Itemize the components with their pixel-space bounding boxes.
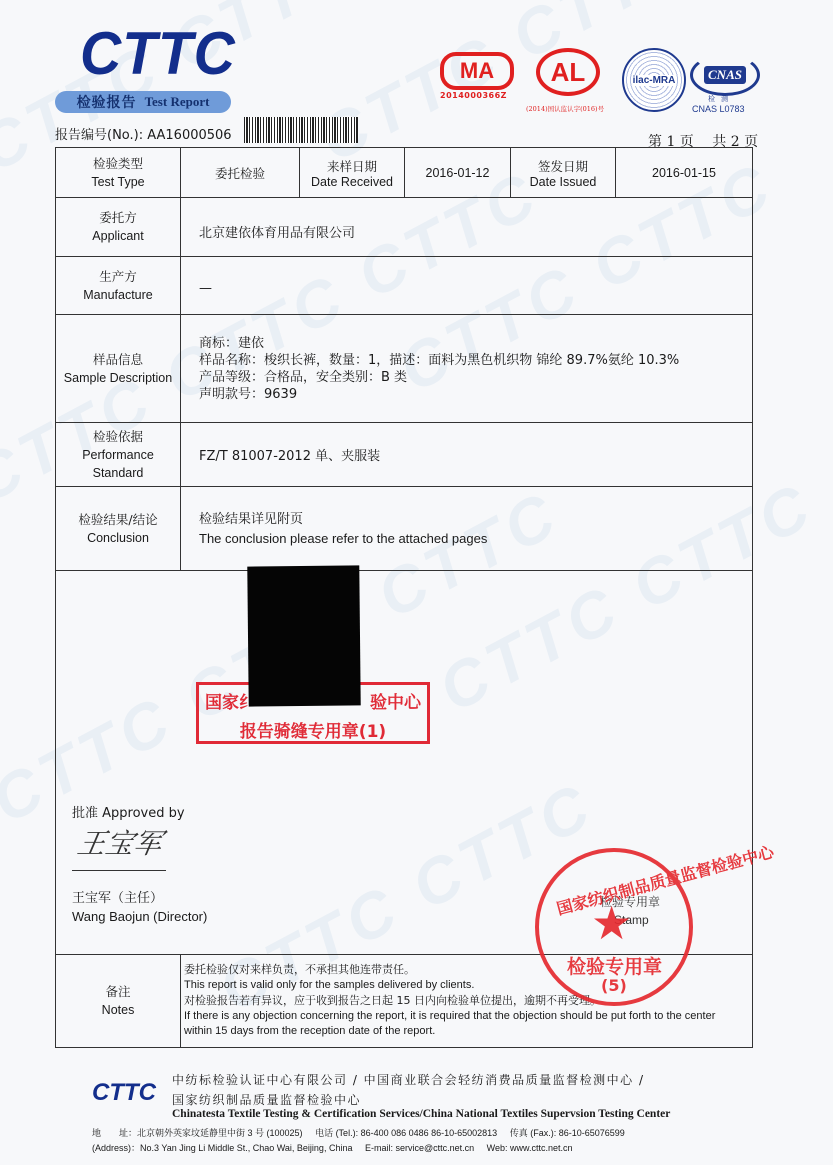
footer-organization: 中纺标检验认证中心有限公司 / 中国商业联合会轻纺消费品质量监督检测中心 / 国… [172,1070,645,1110]
signature-line [72,870,166,871]
notes-label: 备注 Notes [56,955,181,1048]
cma-mark: MA [440,52,514,90]
report-number-value: AA16000506 [147,128,231,143]
applicant-row: 委托方 Applicant 北京建依体育用品有限公司 [56,198,753,257]
sample-style-no: 声明款号：9639 [199,386,752,403]
test-type-value: 委托检验 [181,148,300,198]
cnas-cn-label: 检测 [708,94,734,104]
cal-code: (2014)国认监认字(016)号 [526,104,604,113]
approver-name-cn: 王宝军（主任） [72,890,207,908]
ilac-mra-mark: ilac-MRA [622,48,686,112]
report-title-badge: 检验报告 Test Report [55,91,231,113]
test-info-row: 检验类型 Test Type 委托检验 来样日期 Date Received 2… [56,148,753,198]
redaction-block [247,565,360,706]
note-line: within 15 days from the reception date o… [184,1024,752,1040]
conclusion-value: 检验结果详见附页 The conclusion please refer to … [181,487,753,571]
manufacture-label: 生产方 Manufacture [56,257,181,315]
web-link[interactable]: Web: www.cttc.net.cn [487,1143,573,1153]
cnas-code: CNAS L0783 [692,104,745,114]
applicant-label: 委托方 Applicant [56,198,181,257]
date-issued-value: 2016-01-15 [616,148,753,198]
report-number: 报告编号(No.): AA16000506 [55,124,232,143]
applicant-value: 北京建依体育用品有限公司 [181,198,753,257]
telephone: 电话 (Tel.): 86-400 086 0486 86-10-6500281… [315,1128,497,1138]
report-number-label: 报告编号(No.): [55,128,143,143]
test-type-label: 检验类型 Test Type [56,148,181,198]
accreditation-marks: MA 2014000366Z AL (2014)国认监认字(016)号 ilac… [440,48,760,118]
footer-contact: 地 址：北京朝外英家坟延静里中街 3 号 (100025) 电话 (Tel.):… [92,1126,635,1156]
star-icon: ★ [591,896,632,950]
fax: 传真 (Fax.): 86-10-65076599 [510,1128,625,1138]
conclusion-label: 检验结果/结论 Conclusion [56,487,181,571]
conclusion-en: The conclusion please refer to the attac… [199,529,752,548]
footer-cttc-logo: CTTC [92,1079,156,1107]
date-received-value: 2016-01-12 [405,148,511,198]
standard-label: 检验依据 Performance Standard [56,423,181,487]
note-line: If there is any objection concerning the… [184,1009,752,1025]
cnas-mark: CNAS [690,54,760,96]
approved-by-label: 批准 Approved by [72,802,185,821]
standard-row: 检验依据 Performance Standard FZ/T 81007-201… [56,423,753,487]
note-line: 对检验报告若有异议，应于收到报告之日起 15 日内向检验单位提出，逾期不再受理。 [184,993,752,1009]
report-title-en: Test Report [145,94,210,110]
sample-label: 样品信息 Sample Description [56,315,181,423]
address-cn: 地 址：北京朝外英家坟延静里中街 3 号 (100025) [92,1128,303,1138]
cma-code: 2014000366Z [440,91,520,100]
sample-name: 样品名称：梭织长裤，数量：1，描述：面料为黑色机织物 锦纶 89.7%氨纶 10… [199,352,752,369]
date-received-label: 来样日期 Date Received [300,148,405,198]
conclusion-cn: 检验结果详见附页 [199,510,752,529]
footer-organization-en: Chinatesta Textile Testing & Certificati… [172,1108,670,1120]
manufacture-value: — [181,257,753,315]
report-title-cn: 检验报告 [77,92,137,112]
approver: 王宝军（主任） Wang Baojun (Director) [72,890,207,926]
sample-row: 样品信息 Sample Description 商标：建依 样品名称：梭织长裤，… [56,315,753,423]
date-issued-label: 签发日期 Date Issued [511,148,616,198]
barcode [244,117,358,143]
cal-mark: AL [536,48,600,96]
sample-trademark: 商标：建依 [199,335,752,352]
sample-grade: 产品等级：合格品，安全类别：B 类 [199,369,752,386]
address-en: (Address)：No.3 Yan Jing Li Middle St., C… [92,1143,352,1153]
manufacture-row: 生产方 Manufacture — [56,257,753,315]
approver-name-en: Wang Baojun (Director) [72,908,207,926]
conclusion-row: 检验结果/结论 Conclusion 检验结果详见附页 The conclusi… [56,487,753,571]
sample-description: 商标：建依 样品名称：梭织长裤，数量：1，描述：面料为黑色机织物 锦纶 89.7… [181,315,753,423]
cttc-logo: CTTC [80,24,236,84]
inspection-seal: 国家纺织制品质量监督检验中心 ★ 检验专用章 (5) [535,848,693,1006]
signature: 王宝军 [74,822,165,862]
standard-value: FZ/T 81007-2012 单、夹服装 [181,423,753,487]
email-link[interactable]: E-mail: service@cttc.net.cn [365,1143,474,1153]
